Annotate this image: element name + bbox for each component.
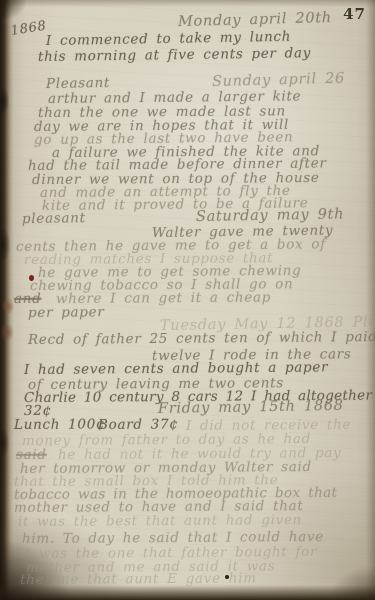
top-left-corner-shadow xyxy=(0,0,26,20)
diary-line: the one that aunt E gave him xyxy=(20,571,257,588)
bottom-right-corner-shadow xyxy=(329,566,375,600)
right-edge-shadow xyxy=(366,0,375,600)
diary-line: it was the best that aunt had given xyxy=(18,513,302,530)
expense-board: Board 37¢ xyxy=(98,417,179,433)
expense-lunch: Lunch 100¢ xyxy=(14,417,105,433)
top-edge-shadow xyxy=(0,0,375,7)
page-number: 47 xyxy=(343,5,366,23)
diary-line: Recd of father 25 cents ten of which I p… xyxy=(28,330,375,348)
diary-line: per paper xyxy=(28,305,105,321)
binding-dark-spot xyxy=(0,228,10,262)
weather-note: pleasant xyxy=(22,211,86,227)
binding-dark-spot xyxy=(0,428,9,458)
binding-dark-spot xyxy=(0,88,9,114)
diary-page-scan: 47 1868 Monday april 20th I commenced to… xyxy=(0,0,375,600)
